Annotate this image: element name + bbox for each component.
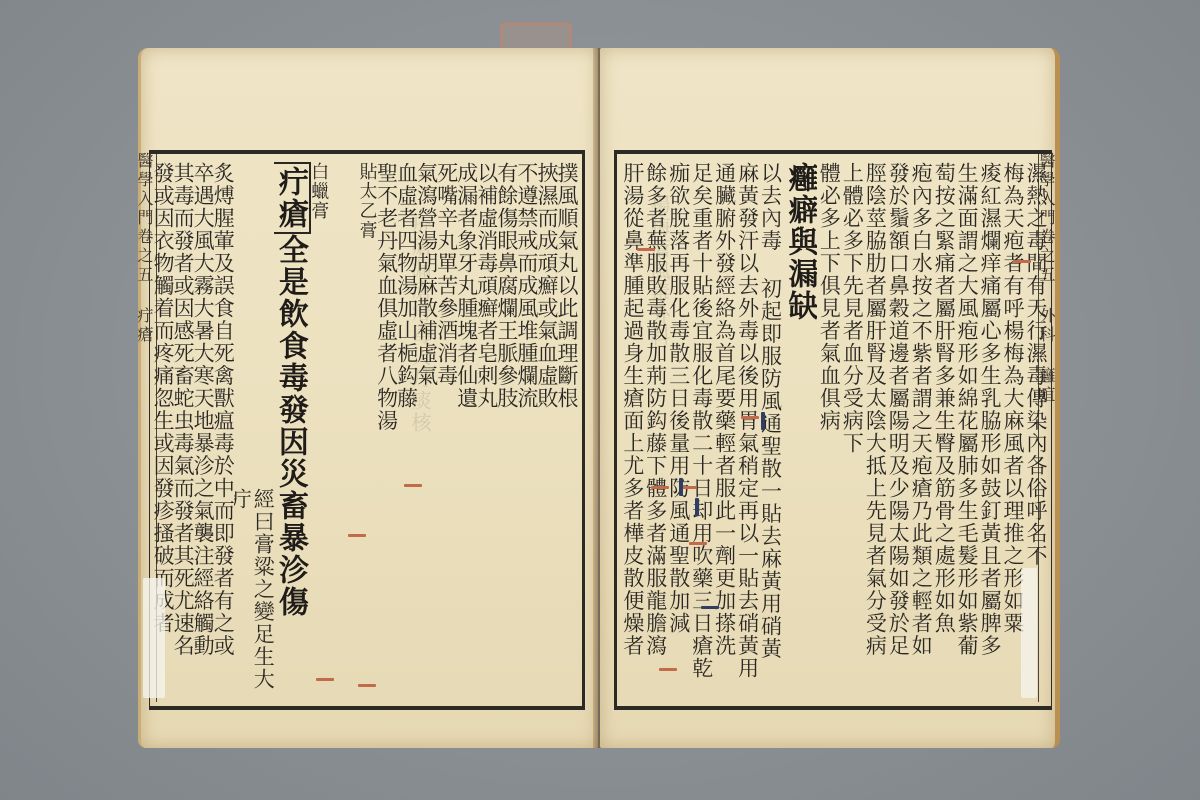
heading-annotation: 經曰膏粱之變足生大疔 — [234, 158, 274, 702]
text-column: 以補虛消毒頑癬者皂刺丸 — [478, 158, 498, 702]
text-column: 體必多上下俱見者氣血俱病 — [817, 158, 840, 702]
text-column: 餘多者蕪服敗毒散加荊防鈎藤下體多者滿服龍膽瀉 — [644, 158, 667, 702]
text-column: 其毒而發者或因感死畜蛇虫毒氣而發者其死尤速名 — [174, 158, 194, 702]
text-column: 上體必多下先見者血分受病下 — [840, 158, 863, 702]
text-column: 氣瀉營湯胡麻散補虛氣 — [418, 158, 438, 702]
text-column: 卒遇大風大霧大暑大寒天地暴沴之氣襲注經絡觸動 — [194, 158, 214, 702]
text-column: 炙煿腥葷及誤食自死禽獸瘟毒於中而即發者有之或 — [214, 158, 234, 702]
text-column: 挾濕而成頑癬或氣血虛敗 — [538, 158, 558, 702]
section-heading-boxed: 疔瘡 — [274, 162, 311, 234]
paper-tear — [1021, 568, 1037, 698]
text-column: 痂欲脫落再服化毒散三日後量用防風通聖散加減 — [667, 158, 690, 702]
text-column: 貼太乙膏 — [359, 158, 377, 702]
text-column: 生滿面謂之大風疱形如綿花屬肺多生毛髮形如紫葡 — [955, 158, 978, 702]
red-annotation-mark — [316, 678, 334, 681]
open-book: 醫學入門卷之五 疔瘡 疥瘡漏瘡疳毒火丹痰核 撲風順氣丸以此調理斷根 挾濕而成頑癬… — [138, 48, 1060, 748]
right-page: 醫學入門卷之五 外科 癰疽 楊梅瘡風毒外科 濕熱之毒間有天行濕毒傳染內各俗呼名不… — [600, 48, 1060, 748]
text-column: 痠紅濕爛痒痛屬心多生乳脇形如鼓釘黃且者屬脾多 — [978, 158, 1001, 702]
left-page-columns: 撲風順氣丸以此調理斷根 挾濕而成頑癬或氣血虛敗 不遵禁戒而成風堆腫爛流 有餘傷眼… — [154, 158, 578, 702]
left-page-text-frame: 疥瘡漏瘡疳毒火丹痰核 撲風順氣丸以此調理斷根 挾濕而成頑癬或氣血虛敗 不遵禁戒而… — [149, 150, 585, 710]
section-heading-column: 疔瘡全是飲食毒發因災畜暴沴傷 — [274, 158, 311, 702]
text-column: 成漏者象牙丸腫塊者仙遺 — [458, 158, 478, 702]
red-annotation-mark — [741, 416, 759, 419]
text-column: 肝湯從鼻準腫起過身生瘡面上尤多者樺皮散便燥者 — [621, 158, 644, 702]
right-page-columns: 濕熱之毒間有天行濕毒傳染內各俗呼名不 梅為天疱者有呼楊梅為大麻風者以理推之形如粟… — [621, 158, 1047, 702]
paper-tear — [143, 578, 165, 698]
left-page: 醫學入門卷之五 疔瘡 疥瘡漏瘡疳毒火丹痰核 撲風順氣丸以此調理斷根 挾濕而成頑癬… — [138, 48, 598, 748]
text-column: 疱內多白水按之不紫者謂之天疱瘡乃此類之輕者如 — [909, 158, 932, 702]
red-annotation-mark — [348, 534, 366, 537]
right-page-text-frame: 楊梅瘡風毒外科 濕熱之毒間有天行濕毒傳染內各俗呼名不 梅為天疱者有呼楊梅為大麻風… — [614, 150, 1052, 710]
blue-annotation-mark — [761, 412, 765, 430]
text-column: 萄按之緊痛者屬肝腎多兼生臀及筋骨之處形如魚 — [932, 158, 955, 702]
blue-annotation-mark — [679, 478, 683, 496]
text-column: 麻黃發汗以去外毒以後用胃氣稍定再以一貼去硝黃用 — [736, 158, 759, 702]
red-annotation-mark — [651, 486, 669, 489]
text-column: 白蠟膏 — [311, 158, 329, 702]
text-column: 撲風順氣丸以此調理斷根 — [558, 158, 578, 702]
blue-annotation-mark — [701, 606, 719, 609]
section-heading: 全是飲食毒發因災畜暴沴傷 — [274, 234, 308, 618]
text-column: 聖不老丹氣血俱虛者八物湯 — [378, 158, 398, 702]
section-heading: 癰癖與漏缺 — [782, 162, 817, 322]
red-annotation-mark — [404, 484, 422, 487]
red-annotation-mark — [689, 542, 707, 545]
text-column: 以去內毒 初起即服防風通聖散一貼去麻黃用硝黃 — [759, 158, 782, 702]
text-column: 足矣重者十貼後宜服化毒散二十日却用吹藥三日瘡乾 — [690, 158, 713, 702]
section-heading-column: 癰癖與漏缺 — [782, 158, 818, 702]
text-column: 死嘴辛丸單苦參酒消毒 — [438, 158, 458, 702]
text-column: 發於鬚額口鼻穀道邊者屬陽明及少陽太陽如發於足 — [886, 158, 909, 702]
red-annotation-mark — [1013, 260, 1031, 263]
blue-annotation-mark — [695, 498, 699, 516]
text-column: 血虛者四物湯加山梔鈎藤 — [398, 158, 418, 702]
red-annotation-mark — [358, 684, 376, 687]
red-annotation-mark — [659, 668, 677, 671]
text-column: 有餘傷眼鼻腐爛王脈參肢 — [498, 158, 518, 702]
text-column: 不遵禁戒而成風堆腫爛流 — [518, 158, 538, 702]
text-column: 脛陰莖脇肋者屬肝腎及太陰大抵上先見者氣分受病 — [863, 158, 886, 702]
red-annotation-mark — [637, 248, 655, 251]
text-column: 通臟腑外發經絡為首尾要藥輕者服此一劑更加搽洗 — [713, 158, 736, 702]
